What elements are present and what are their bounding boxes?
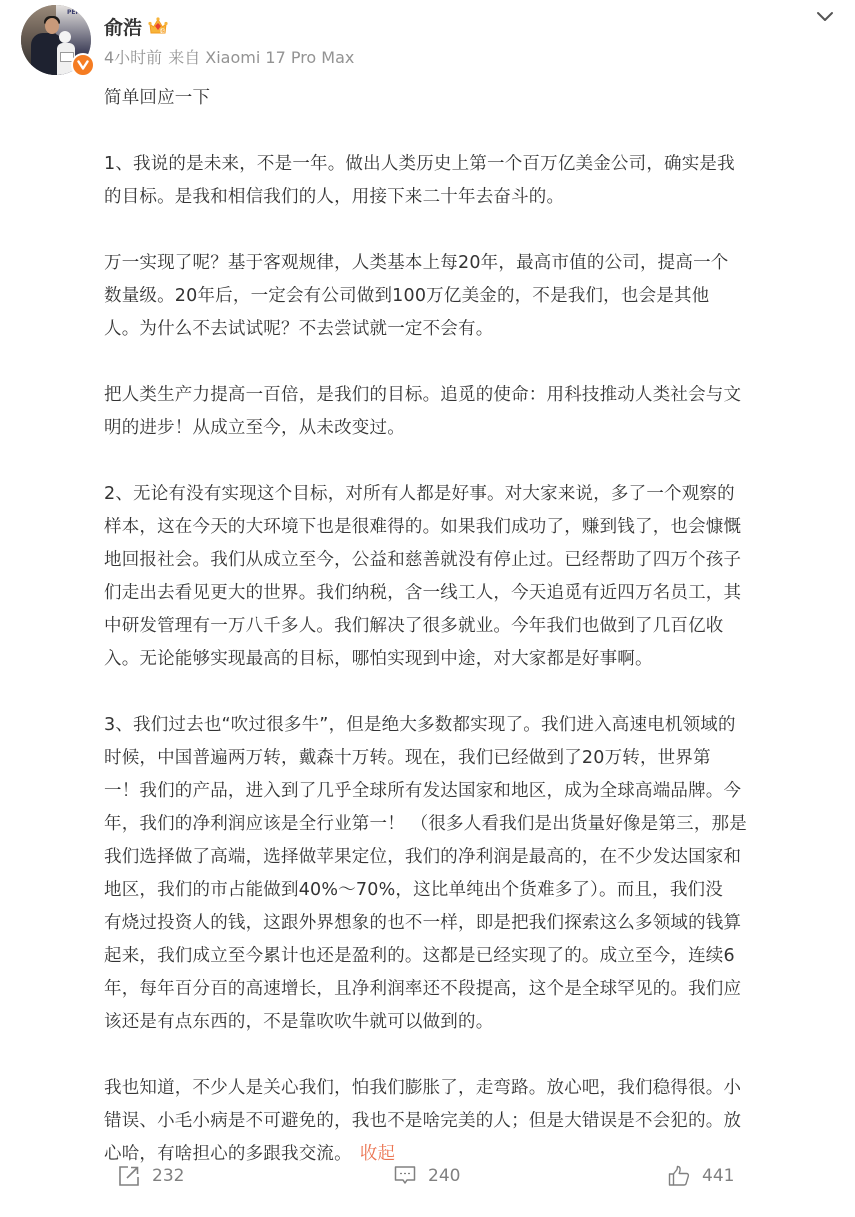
- text-line: 3、我们过去也“吹过很多牛”，但是绝大多数都实现了。我们进入高速电机领域的: [104, 709, 834, 742]
- post-time[interactable]: 4小时前: [104, 48, 162, 67]
- text-line: 1、我说的是未来，不是一年。做出人类历史上第一个百万亿美金公司，确实是我: [104, 148, 834, 181]
- like-count: 441: [702, 1166, 734, 1186]
- text-line: 地区，我们的市占能做到40%～70%，这比单纯出个货难多了）。而且，我们没: [104, 874, 834, 907]
- comment-icon: [394, 1165, 416, 1187]
- avatar-sign-text: PEPP: [67, 9, 89, 17]
- text-line: 我也知道，不少人是关心我们，怕我们膨胀了，走弯路。放心吧，我们稳得很。小: [104, 1072, 834, 1105]
- paragraph-6: 我也知道，不少人是关心我们，怕我们膨胀了，走弯路。放心吧，我们稳得很。小 错误、…: [104, 1072, 834, 1171]
- text-line: 地回报社会。我们从成立至今，公益和慈善就没有停止过。已经帮助了四万个孩子: [104, 544, 834, 577]
- text-line: 该还是有点东西的，不是靠吹吹牛就可以做到的。: [104, 1006, 834, 1039]
- crown-icon[interactable]: 6: [148, 16, 168, 36]
- text-line: 起来，我们成立至今累计也还是盈利的。这都是已经实现了的。成立至今，连续6: [104, 940, 834, 973]
- chevron-down-icon[interactable]: [814, 8, 836, 26]
- paragraph-4: 2、无论有没有实现这个目标，对所有人都是好事。对大家来说，多了一个观察的 样本，…: [104, 478, 834, 676]
- comment-count: 240: [428, 1166, 460, 1186]
- text-line: 入。无论能够实现最高的目标，哪怕实现到中途，对大家都是好事啊。: [104, 643, 834, 676]
- text-line: 们走出去看见更大的世界。我们纳税，含一线工人，今天追觅有近四万名员工，其: [104, 577, 834, 610]
- text-line: 把人类生产力提高一百倍，是我们的目标。追觅的使命：用科技推动人类社会与文: [104, 379, 834, 412]
- text-line: 2、无论有没有实现这个目标，对所有人都是好事。对大家来说，多了一个观察的: [104, 478, 834, 511]
- text-line: 数量级。20年后，一定会有公司做到100万亿美金的，不是我们，也会是其他: [104, 280, 834, 313]
- share-icon: [118, 1165, 140, 1187]
- verified-badge-icon: [71, 53, 95, 77]
- text-line: 样本，这在今天的大环境下也是很难得的。如果我们成功了，赚到钱了，也会慷慨: [104, 511, 834, 544]
- paragraph-1: 1、我说的是未来，不是一年。做出人类历史上第一个百万亿美金公司，确实是我 的目标…: [104, 148, 834, 214]
- text-line: 年，每年百分百的高速增长，且净利润率还不段提高，这个是全球罕见的。我们应: [104, 973, 834, 1006]
- author-name[interactable]: 俞浩: [104, 13, 142, 40]
- post-source: 来自 Xiaomi 17 Pro Max: [168, 48, 354, 67]
- post-content: 简单回应一下 1、我说的是未来，不是一年。做出人类历史上第一个百万亿美金公司，确…: [104, 82, 834, 1204]
- post-actions-bar: 232 240 441: [0, 1160, 855, 1192]
- text-line: 一！我们的产品，进入到了几乎全球所有发达国家和地区，成为全球高端品牌。今: [104, 775, 834, 808]
- text-line: 年，我们的净利润应该是全行业第一！ （很多人看我们是出货量好像是第三，那是: [104, 808, 834, 841]
- post-intro: 简单回应一下: [104, 82, 834, 115]
- text-line: 时候，中国普遍两万转，戴森十万转。现在，我们已经做到了20万转，世界第: [104, 742, 834, 775]
- text-line: 万一实现了呢？基于客观规律，人类基本上每20年，最高市值的公司，提高一个: [104, 247, 834, 280]
- text-line: 我们选择做了高端，选择做苹果定位，我们的净利润是最高的，在不少发达国家和: [104, 841, 834, 874]
- author-row: 俞浩 6: [104, 12, 168, 40]
- share-button[interactable]: 232: [118, 1160, 184, 1192]
- text-line: 明的进步！从成立至今，从未改变过。: [104, 412, 834, 445]
- text-line: 的目标。是我和相信我们的人，用接下来二十年去奋斗的。: [104, 181, 834, 214]
- paragraph-5: 3、我们过去也“吹过很多牛”，但是绝大多数都实现了。我们进入高速电机领域的 时候…: [104, 709, 834, 1039]
- text-line: 人。为什么不去试试呢？不去尝试就一定不会有。: [104, 313, 834, 346]
- text-line: 中研发管理有一万八千多人。我们解决了很多就业。今年我们也做到了几百亿收: [104, 610, 834, 643]
- share-count: 232: [152, 1166, 184, 1186]
- avatar[interactable]: PEPP: [21, 5, 91, 75]
- post-meta: 4小时前来自 Xiaomi 17 Pro Max: [104, 45, 354, 68]
- paragraph-3: 把人类生产力提高一百倍，是我们的目标。追觅的使命：用科技推动人类社会与文 明的进…: [104, 379, 834, 445]
- weibo-post: PEPP 俞浩 6: [0, 0, 855, 1217]
- text-line: 错误、小毛小病是不可避免的，我也不是啥完美的人；但是大错误是不会犯的。放: [104, 1105, 834, 1138]
- paragraph-2: 万一实现了呢？基于客观规律，人类基本上每20年，最高市值的公司，提高一个 数量级…: [104, 247, 834, 346]
- text-line: 有烧过投资人的钱，这跟外界想象的也不一样，即是把我们探索这么多领域的钱算: [104, 907, 834, 940]
- svg-text:6: 6: [161, 28, 164, 34]
- thumbs-up-icon: [668, 1165, 690, 1187]
- like-button[interactable]: 441: [668, 1160, 734, 1192]
- comment-button[interactable]: 240: [394, 1160, 460, 1192]
